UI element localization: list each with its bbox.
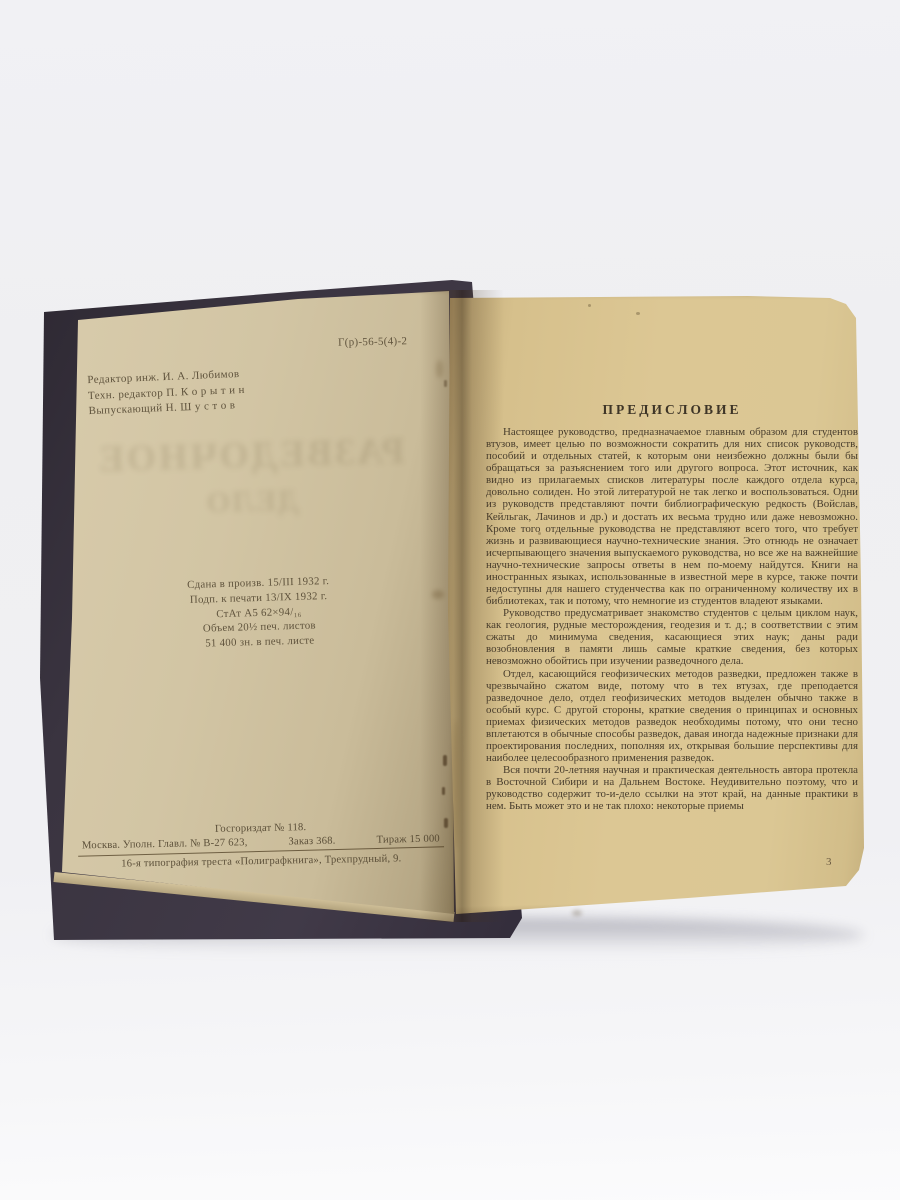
- bleedthrough-line: РАЗВЕДОЧНОЕ: [75, 429, 426, 482]
- page-number: 3: [826, 856, 832, 868]
- left-page: Г(р)-56-5(4)-2 Редактор инж. И. А. Любим…: [58, 288, 454, 920]
- preface-paragraph: Руководство предусматривает знакомство с…: [486, 607, 858, 667]
- imprint-print-run: Тираж 15 000: [376, 832, 440, 847]
- paper-stain: [436, 360, 443, 378]
- book-photo: Г(р)-56-5(4)-2 Редактор инж. И. А. Любим…: [0, 0, 900, 1200]
- paper-speck: [538, 532, 541, 535]
- preface-heading: ПРЕДИСЛОВИЕ: [486, 402, 858, 418]
- paper-speck: [636, 312, 640, 315]
- bleedthrough-line: ДЕЛО: [76, 480, 427, 524]
- binding-stitch: [443, 755, 447, 766]
- binding-stitch: [444, 380, 447, 387]
- right-page: ПРЕДИСЛОВИЕ Настоящее руководство, предн…: [448, 292, 868, 920]
- preface-paragraph: Настоящее руководство, предназначаемое г…: [486, 426, 858, 607]
- preface-paragraph: Вся почти 20-летняя научная и практическ…: [486, 764, 858, 812]
- imprint-censor: Москва. Уполн. Главл. № В-27 623,: [82, 836, 248, 853]
- binding-stitch: [442, 787, 445, 795]
- catalog-code: Г(р)-56-5(4)-2: [338, 335, 407, 348]
- paper-stain: [432, 590, 444, 599]
- paper-speck: [588, 304, 591, 307]
- binding-stitch: [444, 818, 448, 828]
- paper-stain: [452, 720, 460, 850]
- paper-stain: [572, 910, 582, 916]
- bleedthrough-title: РАЗВЕДОЧНОЕ ДЕЛО: [75, 429, 427, 524]
- imprint-order: Заказ 368.: [288, 834, 335, 848]
- imprint-block: Госгориздат № 118. Москва. Уполн. Главл.…: [78, 818, 445, 872]
- preface-text: Настоящее руководство, предназначаемое г…: [486, 426, 858, 813]
- print-info-block: Сдана в произв. 15/III 1932 г. Подп. к п…: [115, 572, 403, 654]
- staff-credits: Редактор инж. И. А. Любимов Техн. редакт…: [87, 367, 246, 420]
- preface-paragraph: Отдел, касающийся геофизических методов …: [486, 668, 858, 765]
